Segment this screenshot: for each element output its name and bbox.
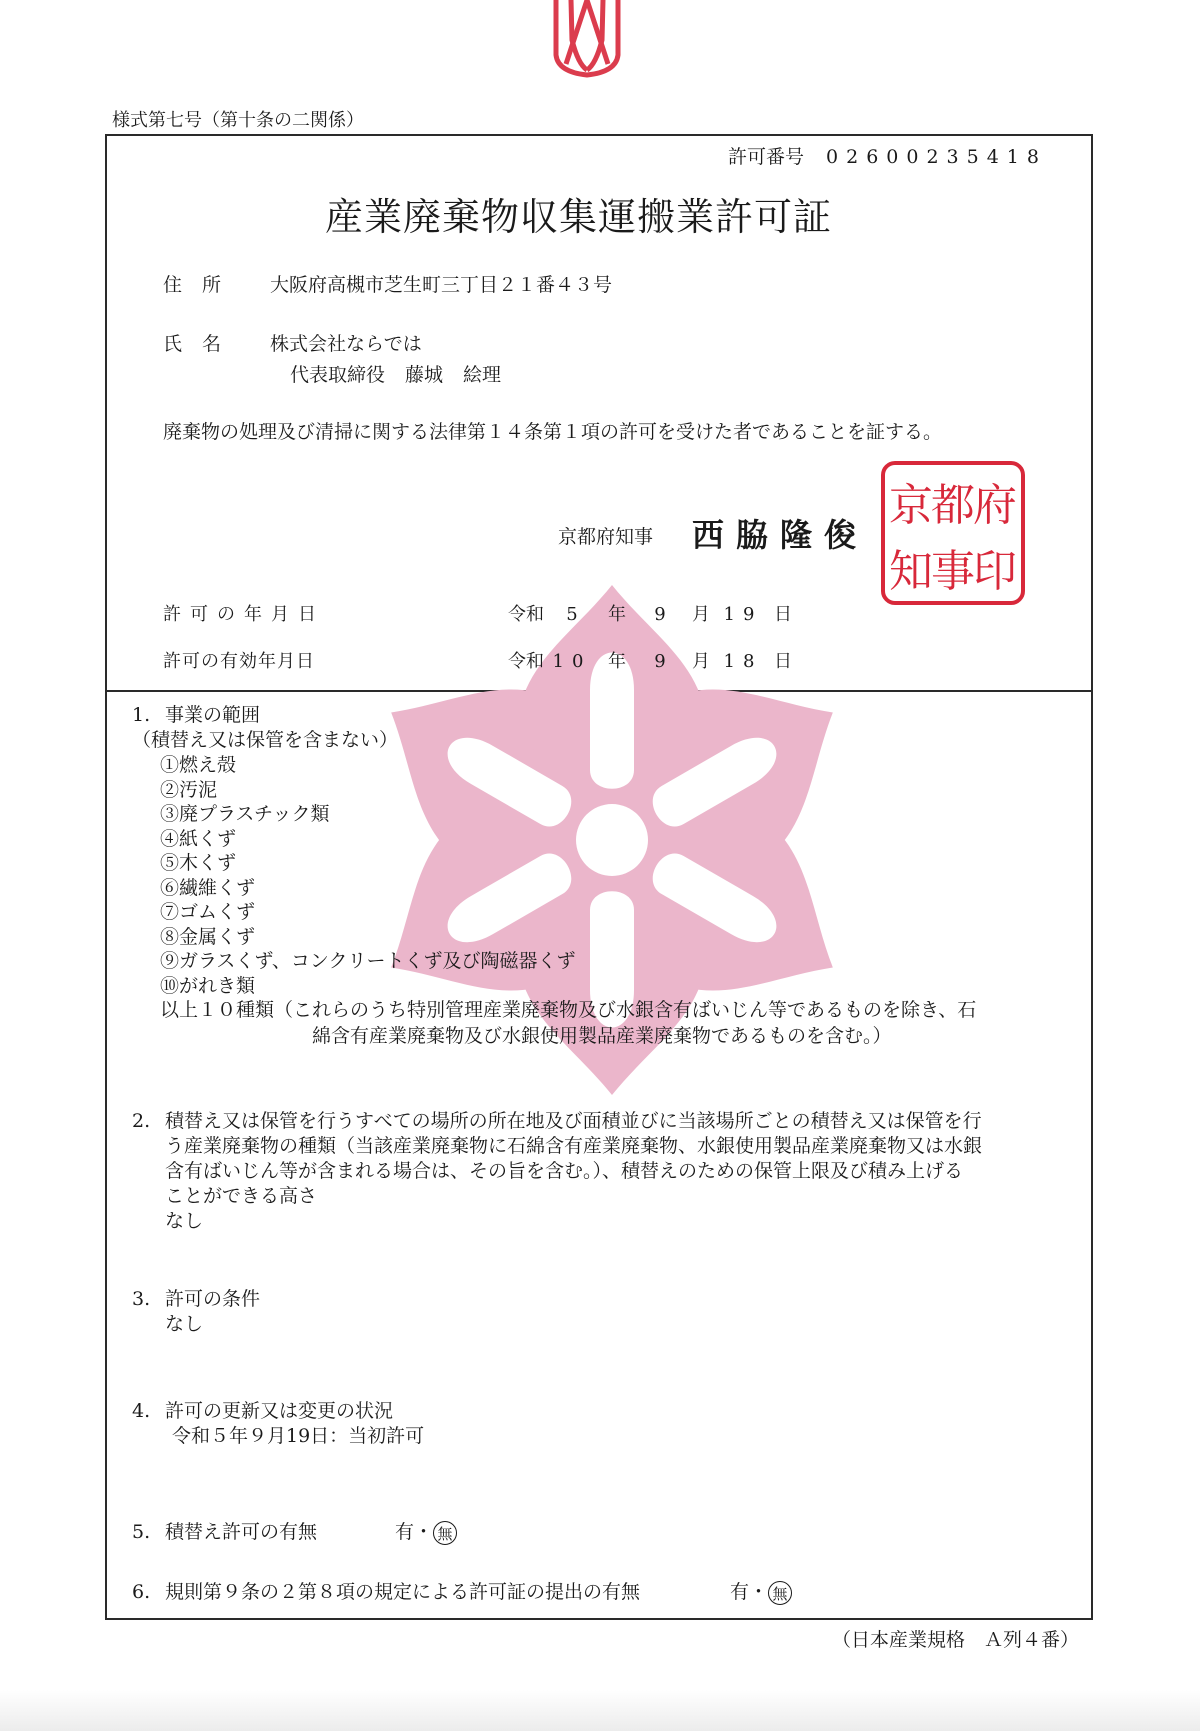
list-item: ⑧金属くず: [160, 925, 576, 950]
issuer-title: 京都府知事: [558, 522, 653, 549]
section-3-value: なし: [132, 1312, 260, 1337]
list-item: ④紙くず: [160, 827, 576, 852]
section-3-heading: 許可の条件: [165, 1288, 260, 1310]
representative-given-name: 絵理: [463, 364, 501, 386]
section-1-summary-line-2: 綿含有産業廃棄物及び水銀使用製品産業廃棄物であるものを含む。）: [312, 1024, 892, 1049]
address-value: 大阪府高槻市芝生町三丁目２１番４３号: [270, 270, 612, 297]
paper-size-note: （日本産業規格 Ａ列４番）: [832, 1625, 1079, 1652]
seal-char: 事: [931, 546, 975, 597]
company-name: 株式会社ならでは: [270, 329, 422, 356]
section-2: 2.積替え又は保管を行うすべての場所の所在地及び面積並びに当該場所ごとの積替え又…: [132, 1109, 1072, 1234]
representative-title: 代表取締役: [290, 364, 385, 386]
option-no-circled: 無: [433, 1521, 457, 1545]
seal-char: 府: [973, 480, 1017, 531]
list-item: ⑨ガラスくず、コンクリートくず及び陶磁器くず: [160, 949, 576, 974]
section-6: 6.規則第９条の２第８項の規定による許可証の提出の有無有・無: [132, 1580, 792, 1605]
section-2-line-3: 含有ばいじん等が含まれる場合は、その旨を含む。）、積替えのための保管上限及び積み…: [132, 1159, 1072, 1184]
list-item: ⑥繊維くず: [160, 876, 576, 901]
permit-number-label: 許可番号: [728, 146, 804, 168]
section-6-heading: 規則第９条の２第８項の規定による許可証の提出の有無: [165, 1580, 730, 1605]
address-label: 住所: [163, 270, 241, 297]
option-yes: 有: [730, 1581, 749, 1603]
list-item: ⑦ゴムくず: [160, 900, 576, 925]
certification-statement: 廃棄物の処理及び清掃に関する法律第１４条第１項の許可を受けた者であることを証する…: [163, 417, 942, 444]
representative-surname: 藤城: [405, 364, 443, 386]
seal-char: 都: [931, 480, 975, 531]
form-number-label: 様式第七号（第十条の二関係）: [112, 106, 364, 132]
expiry-date-value: 令和10年9月18日: [506, 647, 798, 673]
waste-type-list: ①燃え殻 ②汚泥 ③廃プラスチック類 ④紙くず ⑤木くず ⑥繊維くず ⑦ゴムくず…: [160, 753, 576, 998]
section-2-value: なし: [132, 1209, 1072, 1234]
page-bottom-shadow: [0, 1690, 1200, 1731]
section-1-summary-line-1: 以上１０種類（これらのうち特別管理産業廃棄物及び水銀含有ばいじん等であるものを除…: [160, 998, 976, 1023]
list-item: ③廃プラスチック類: [160, 802, 576, 827]
section-3: 3.許可の条件 なし: [132, 1287, 260, 1337]
seal-char: 京: [889, 480, 933, 531]
certificate-title: 産業廃棄物収集運搬業許可証: [325, 186, 832, 241]
permit-number: 許可番号02600235418: [728, 142, 1047, 169]
permit-date-label: 許可の年月日: [163, 600, 325, 626]
section-5: 5.積替え許可の有無有・無: [132, 1520, 457, 1545]
seal-char: 印: [973, 546, 1017, 597]
option-no-circled: 無: [768, 1581, 792, 1605]
section-4-value: 令和５年９月19日：当初許可: [132, 1424, 424, 1449]
permit-date-value: 令和5年9月19日: [506, 600, 798, 626]
list-item: ⑩がれき類: [160, 974, 576, 999]
section-1-subheading: （積替え又は保管を含まない）: [132, 728, 398, 753]
section-5-heading: 積替え許可の有無: [165, 1520, 395, 1545]
list-item: ①燃え殻: [160, 753, 576, 778]
section-2-line-4: ことができる高さ: [132, 1184, 1072, 1209]
seal-char: 知: [889, 546, 933, 597]
name-label: 氏名: [163, 329, 241, 356]
list-item: ②汚泥: [160, 778, 576, 803]
section-2-line-1: 積替え又は保管を行うすべての場所の所在地及び面積並びに当該場所ごとの積替え又は保…: [165, 1110, 982, 1132]
section-4: 4.許可の更新又は変更の状況 令和５年９月19日：当初許可: [132, 1399, 424, 1449]
section-4-heading: 許可の更新又は変更の状況: [165, 1400, 393, 1422]
issuer-name: 西脇隆俊: [692, 510, 868, 556]
option-yes: 有: [395, 1521, 414, 1543]
representative: 代表取締役藤城絵理: [290, 360, 521, 387]
section-2-number: 2.: [132, 1109, 165, 1134]
expiry-date-label: 許可の有効年月日: [163, 647, 315, 673]
governor-seal-stamp-icon: 京 都 府 知 事 印: [878, 458, 1028, 608]
section-2-line-2: う産業廃棄物の種類（当該産業廃棄物に石綿含有産業廃棄物、水銀使用製品産業廃棄物又…: [132, 1134, 1072, 1159]
list-item: ⑤木くず: [160, 851, 576, 876]
section-1-heading: 1.事業の範囲: [132, 703, 260, 728]
permit-number-value: 02600235418: [826, 146, 1047, 168]
top-seal-stamp-icon: [548, 0, 626, 80]
